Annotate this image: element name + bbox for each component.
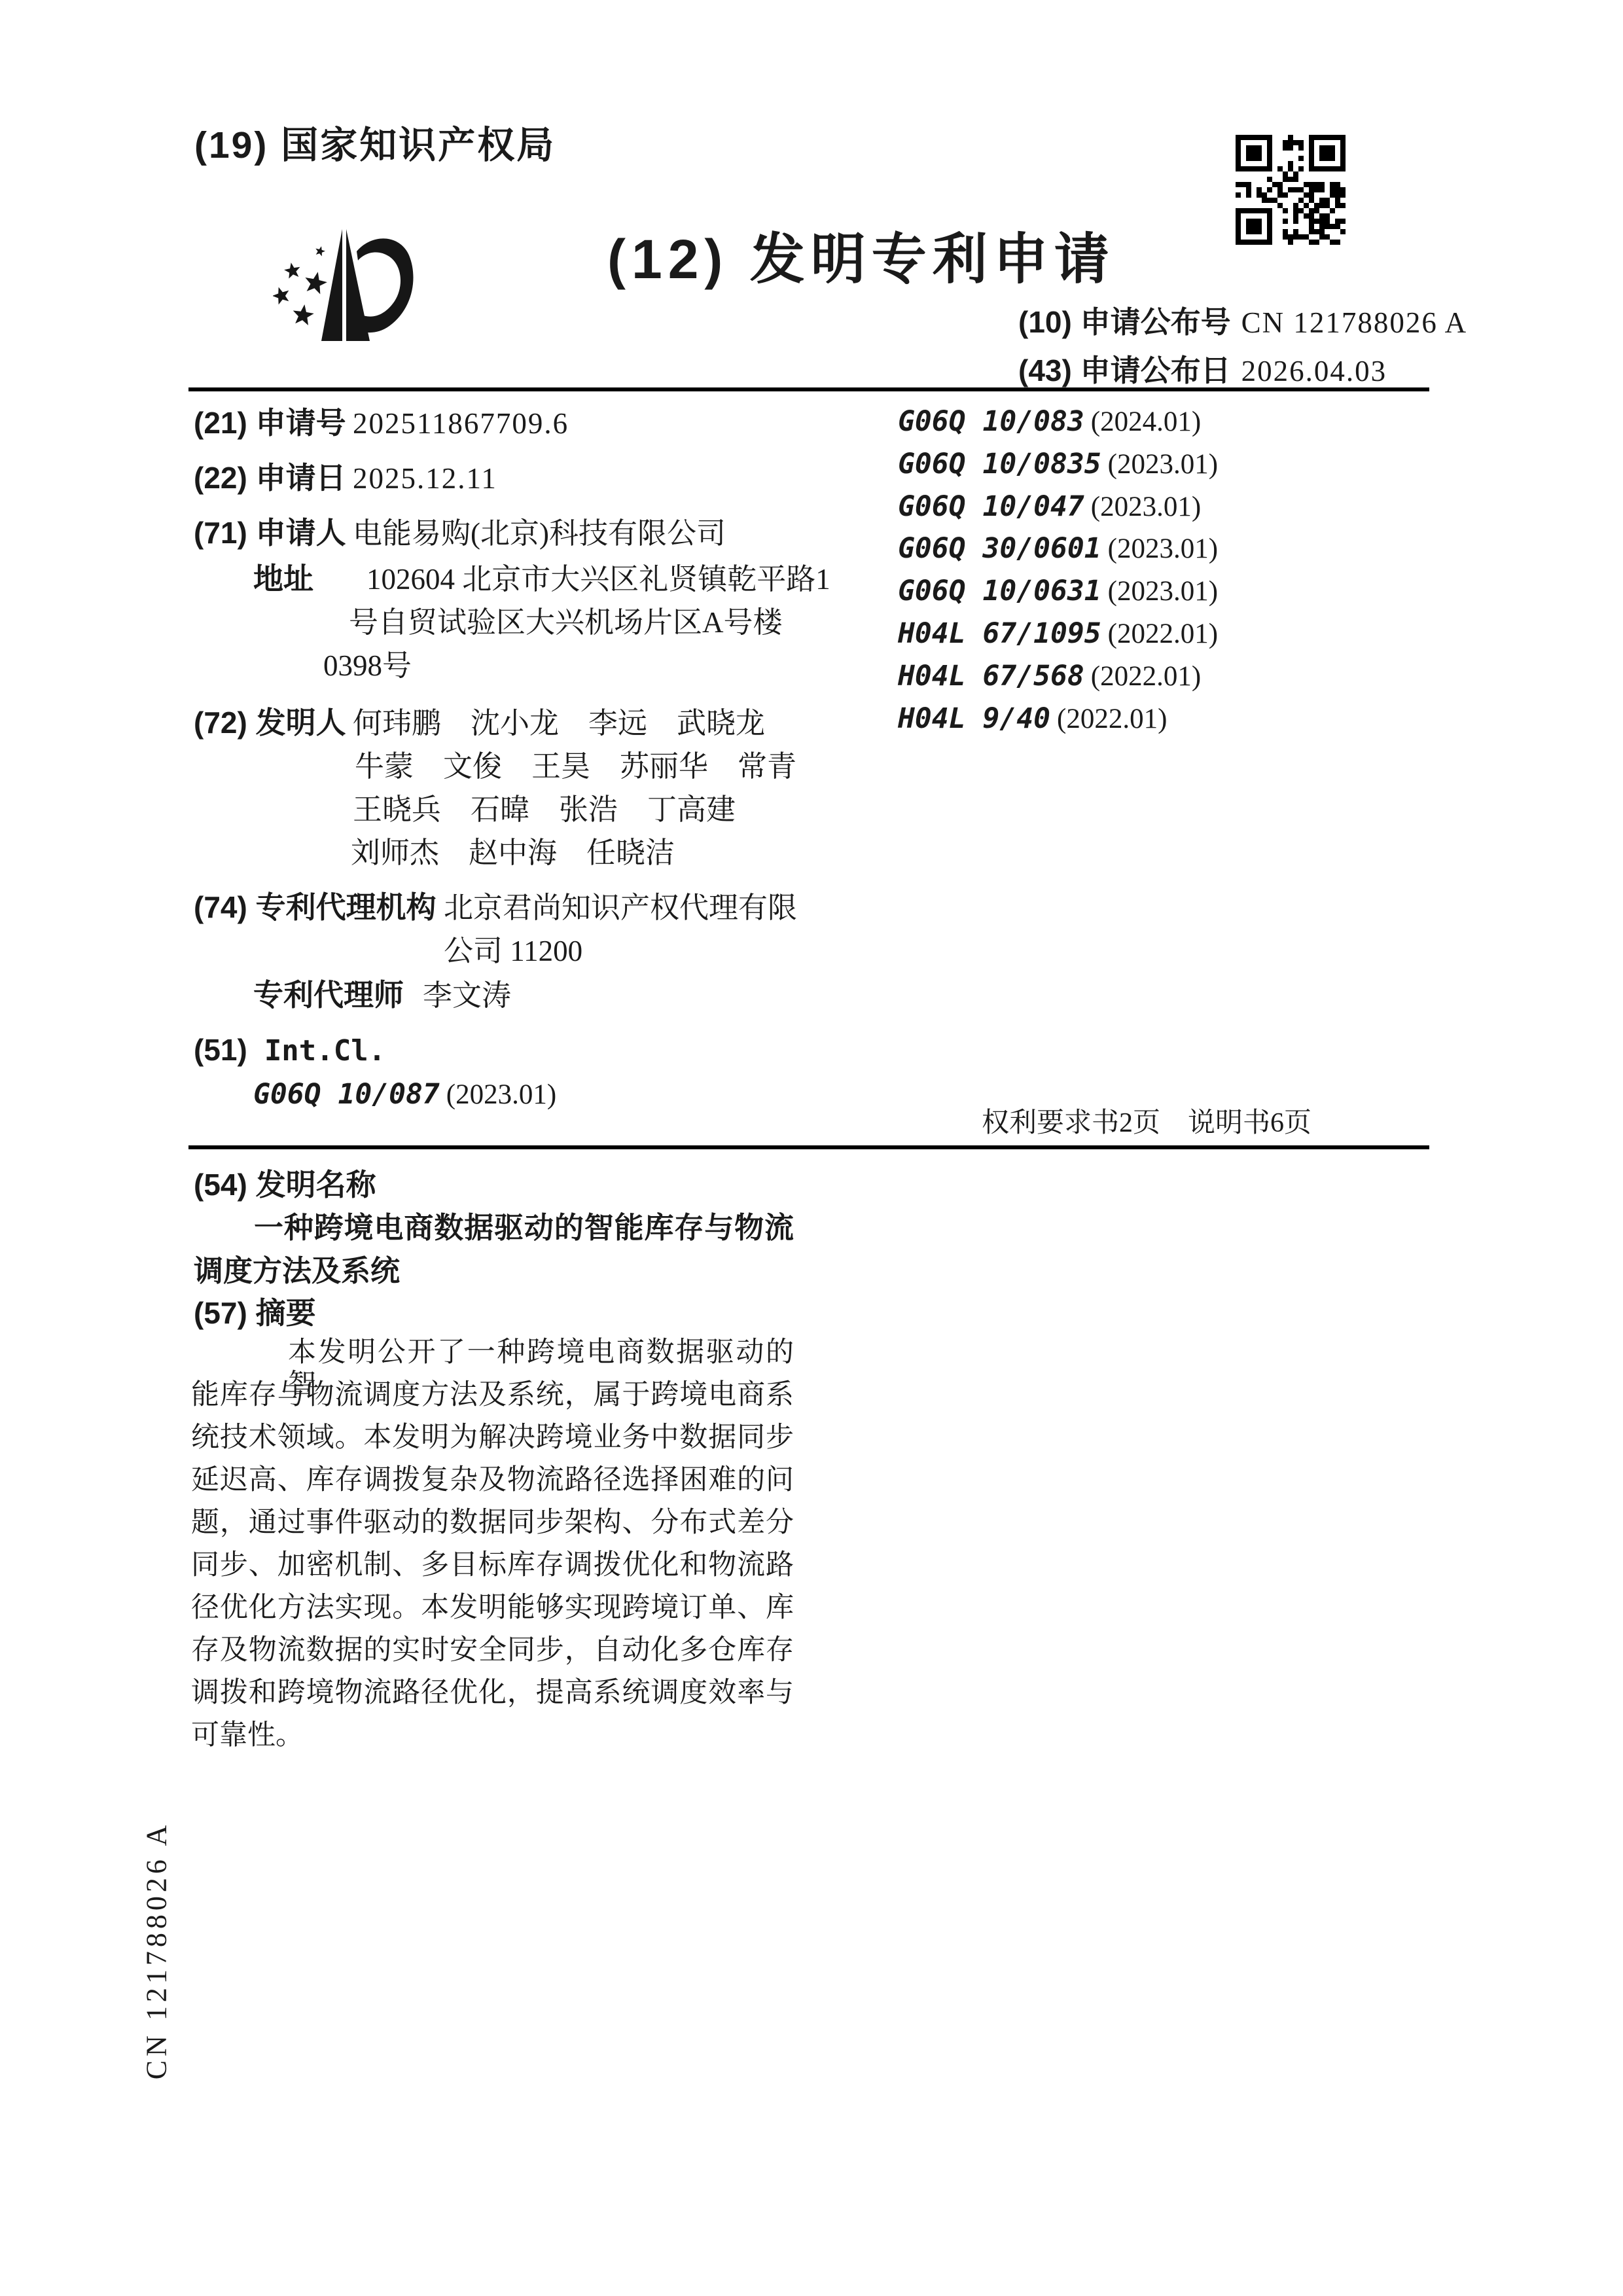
abstract-line: 调拨和跨境物流路径优化，提高系统调度效率与	[191, 1677, 794, 1709]
address-line1: 102604 北京市大兴区礼贤镇乾平路1	[366, 563, 830, 597]
ipc-row: H04L 67/1095 (2022.01)	[898, 618, 1218, 650]
inventors-line4: 刘师杰 赵中海 任晓洁	[351, 836, 675, 870]
sidebar-pub-number: CN 121788026 A	[141, 1821, 174, 2079]
address-label: 地址	[253, 562, 313, 596]
application-date-label: (22) 申请日	[194, 461, 346, 495]
agent-label: 专利代理师	[253, 978, 404, 1013]
ipc-year: (2023.01)	[1108, 576, 1218, 607]
intcl-label-text: Int.Cl.	[264, 1034, 385, 1067]
pub-date-label: (43) 申请公布日	[1018, 353, 1231, 387]
doc-type-title: (12) 发明专利申请	[607, 228, 1115, 291]
ipc-year: (2024.01)	[1091, 406, 1201, 437]
pub-number-label: (10) 申请公布号	[1018, 305, 1231, 339]
ipc-row: H04L 67/568 (2022.01)	[898, 660, 1201, 692]
section-divider	[188, 1145, 1429, 1149]
qr-code	[1236, 135, 1346, 245]
application-number-label: (21) 申请号	[194, 406, 346, 440]
applicant-value: 电能易购(北京)科技有限公司	[353, 517, 726, 551]
intcl-row: (51) Int.Cl.	[194, 1033, 385, 1068]
ipc-year: (2022.01)	[1091, 661, 1201, 692]
pub-number-row: (10) 申请公布号 CN 121788026 A	[1018, 305, 1467, 340]
ipc-code: G06Q 10/0631	[898, 575, 1101, 607]
ipc-year: (2023.01)	[1108, 533, 1218, 564]
ipc-row: G06Q 10/0631 (2023.01)	[898, 575, 1218, 607]
pages-note: 权利要求书2页 说明书6页	[982, 1107, 1311, 1139]
cnipa-logo-graphic	[273, 226, 414, 342]
ipc-row: G06Q 30/0601 (2023.01)	[898, 533, 1218, 565]
intcl-first-code: G06Q 10/087	[253, 1078, 440, 1111]
abstract-line: 存及物流数据的实时安全同步，自动化多仓库存	[191, 1634, 794, 1666]
ipc-year: (2022.01)	[1108, 619, 1218, 649]
abstract-label: (57) 摘要	[194, 1296, 316, 1331]
ipc-code: H04L 67/568	[898, 660, 1084, 692]
abstract-line-last: 可靠性。	[191, 1719, 304, 1751]
abstract-line: 能库存与物流调度方法及系统，属于跨境电商系	[191, 1379, 794, 1411]
ipc-row: H04L 9/40 (2022.01)	[898, 703, 1167, 735]
ipc-year: (2022.01)	[1057, 704, 1167, 734]
ipc-year: (2023.01)	[1108, 449, 1218, 480]
ipc-row: G06Q 10/047 (2023.01)	[898, 491, 1201, 523]
agency-label: (74) 专利代理机构	[194, 890, 437, 925]
ipc-row: G06Q 10/0835 (2023.01)	[898, 448, 1218, 480]
inventors-line2: 牛蒙 文俊 王昊 苏丽华 常青	[355, 750, 796, 784]
agency-line1: 北京君尚知识产权代理有限	[444, 891, 797, 925]
ipc-year: (2023.01)	[1091, 492, 1201, 522]
intcl-first-code-year: (2023.01)	[446, 1079, 556, 1110]
application-number-value: 202511867709.6	[353, 407, 569, 441]
intcl-first-code-row: G06Q 10/087 (2023.01)	[253, 1079, 556, 1111]
applicant-label: (71) 申请人	[194, 516, 346, 550]
cnipa-logo	[273, 226, 414, 342]
ipc-code: G06Q 10/083	[898, 405, 1084, 438]
invention-title-label: (54) 发明名称	[194, 1168, 376, 1202]
agency-line2: 公司 11200	[444, 935, 582, 969]
abstract-line: 延迟高、库存调拨复杂及物流路径选择困难的问	[191, 1464, 794, 1496]
ipc-code: H04L 67/1095	[898, 617, 1101, 650]
pub-number-value: CN 121788026 A	[1241, 306, 1468, 339]
application-date-value: 2025.12.11	[353, 462, 497, 496]
patent-front-page: (19) 国家知识产权局	[0, 0, 1623, 2296]
abstract-line: 题，通过事件驱动的数据同步架构、分布式差分	[191, 1507, 794, 1539]
address-line2: 号自贸试验区大兴机场片区A号楼	[349, 606, 783, 640]
inventors-line1: 何玮鹏 沈小龙 李远 武晓龙	[353, 707, 765, 741]
ipc-code: G06Q 10/0835	[898, 448, 1101, 480]
abstract-line: 统技术领域。本发明为解决跨境业务中数据同步	[191, 1422, 794, 1454]
abstract-line: 径优化方法实现。本发明能够实现跨境订单、库	[191, 1592, 794, 1624]
agent-value: 李文涛	[423, 979, 511, 1013]
intcl-label-num: (51)	[194, 1033, 247, 1067]
inventors-line3: 王晓兵 石暐 张浩 丁高建	[353, 793, 736, 827]
ipc-code: G06Q 30/0601	[898, 532, 1101, 565]
invention-title-line1: 一种跨境电商数据驱动的智能库存与物流	[254, 1211, 794, 1245]
ipc-row: G06Q 10/083 (2024.01)	[898, 406, 1201, 438]
star-icon	[273, 245, 329, 326]
header-divider	[188, 387, 1429, 391]
pub-date-row: (43) 申请公布日 2026.04.03	[1018, 353, 1387, 389]
invention-title-line2: 调度方法及系统	[194, 1254, 400, 1288]
ipc-code: H04L 9/40	[898, 702, 1050, 735]
ipc-code: G06Q 10/047	[898, 490, 1084, 523]
address-line3: 0398号	[323, 649, 412, 683]
inventors-label: (72) 发明人	[194, 706, 346, 740]
office-label: (19) 国家知识产权局	[194, 124, 556, 168]
abstract-line: 同步、加密机制、多目标库存调拨优化和物流路	[191, 1549, 794, 1581]
pub-date-value: 2026.04.03	[1241, 355, 1387, 387]
